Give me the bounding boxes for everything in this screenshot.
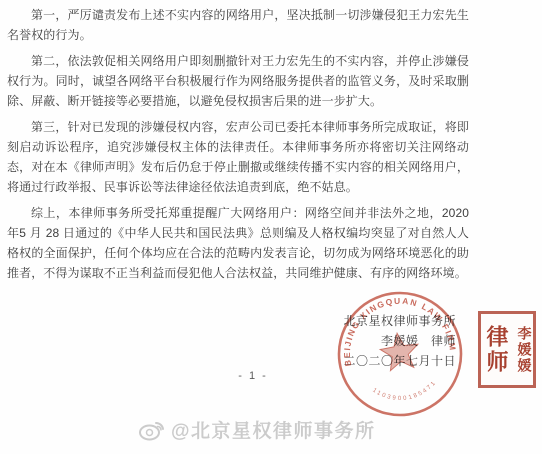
square-lawyer-seal: 律师 李媛媛 (478, 311, 536, 388)
seal-name-column: 李媛媛 (512, 314, 533, 385)
signature-lawyer-name: 李媛媛 律师 (7, 331, 456, 351)
seal-title-column: 律师 (481, 314, 512, 385)
watermark-text: @北京星权律师事务所 (171, 416, 376, 443)
signature-date: 二〇二〇年七月十日 (7, 351, 456, 371)
weibo-watermark: @北京星权律师事务所 (138, 414, 376, 444)
paragraph-1: 第一，严厉谴责发布上述不实内容的网络用户，坚决抵制一切涉嫌侵犯王力宏先生名誉权的… (7, 5, 469, 45)
document-page: 第一，严厉谴责发布上述不实内容的网络用户，坚决抵制一切涉嫌侵犯王力宏先生名誉权的… (0, 0, 542, 454)
seal-serial-number: 1103900185471 (371, 379, 440, 407)
signature-block: 北京星权律师事务所 李媛媛 律师 二〇二〇年七月十日 (7, 311, 456, 371)
weibo-icon (138, 416, 166, 442)
document-body: 第一，严厉谴责发布上述不实内容的网络用户，坚决抵制一切涉嫌侵犯王力宏先生名誉权的… (7, 5, 469, 289)
svg-text:1103900185471: 1103900185471 (371, 379, 440, 407)
paragraph-3: 第三，针对已发现的涉嫌侵权内容，宏声公司已委托本律师事务所完成取证，将即刻启动诉… (7, 117, 469, 197)
paragraph-2: 第二，依法敦促相关网络用户即刻删撤针对王力宏先生的不实内容，并停止涉嫌侵权行为。… (7, 51, 469, 111)
paragraph-4: 综上，本律师事务所受托郑重提醒广大网络用户：网络空间并非法外之地，2020 年5… (7, 203, 469, 283)
seal-title-text: 律师 (481, 325, 512, 375)
signature-firm-name: 北京星权律师事务所 (7, 311, 456, 331)
page-number: - 1 - (223, 370, 283, 382)
seal-name-text: 李媛媛 (513, 326, 533, 374)
